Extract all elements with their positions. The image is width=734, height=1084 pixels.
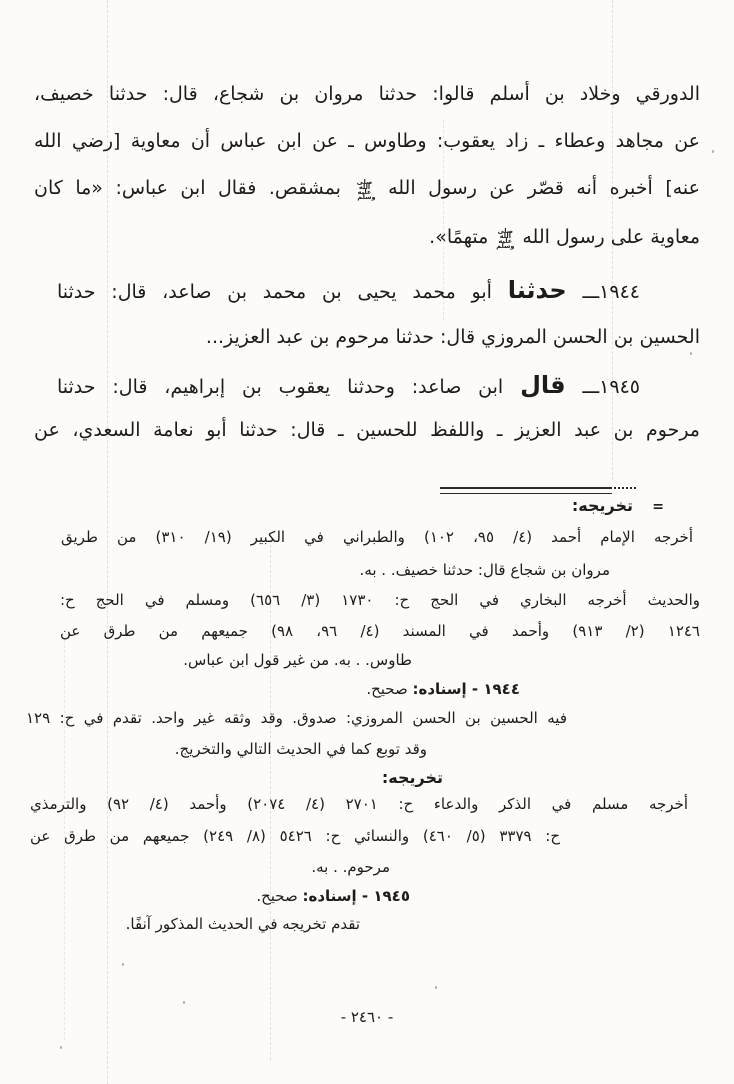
- scan-speck: [122, 963, 124, 966]
- footnote-continuation-mark: =: [652, 499, 664, 515]
- takhrij1-line-1: أخرجه الإمام أحمد (٤/ ٩٥، ١٠٢) والطبراني…: [61, 529, 693, 546]
- isnad-1945-line: ١٩٤٥ - إسناده: صحيح.: [256, 887, 410, 906]
- takhrij1-line-4: ١٢٤٦ (٢/ ٩١٣) وأحمد في المسند (٤/ ٩٦، ٩٨…: [60, 623, 700, 640]
- hadith-1945-isnad: ابن صاعد: وحدثنا يعقوب بن إبراهيم، قال: …: [57, 376, 503, 398]
- takhrij1-line-5: طاوس. . به. من غير قول ابن عباس.: [183, 651, 412, 670]
- saw-honorific-mark: صلى الله عليه وسلم: [354, 180, 376, 200]
- hadith-1945-line-1: ١٩٤٥ـــ قال ابن صاعد: وحدثنا يعقوب بن إب…: [57, 372, 640, 398]
- main-text-line-4: معاوية على رسول الله صلى الله عليه وسلم …: [429, 226, 700, 250]
- hadith-1945-number: ١٩٤٥: [599, 376, 640, 398]
- scan-speck: [435, 986, 437, 989]
- page-number: - ٢٤٦٠ -: [0, 1008, 734, 1026]
- main-line4-b: متهمًا».: [429, 226, 488, 248]
- takhrij-heading-2: تخريجه:: [382, 768, 443, 788]
- takhrij1-line-3: والحديث أخرجه البخاري في الحج ح: ١٧٣٠ (٣…: [60, 592, 700, 609]
- hadith-1944-line-1: ١٩٤٤ـــ حدثنا أبو محمد يحيى بن محمد بن ص…: [57, 277, 640, 303]
- scanned-page: الدورقي وخلاد بن أسلم قالوا: حدثنا مروان…: [0, 0, 734, 1084]
- main-line4-a: معاوية على رسول الله: [522, 226, 700, 248]
- hadith-1944-haddathana: حدثنا: [508, 276, 567, 304]
- isnad-1944-line: ١٩٤٤ - إسناده: صحيح.: [366, 680, 520, 699]
- takhrij-heading-1: تخريجه:: [572, 496, 633, 516]
- isnad-1945-note: تقدم تخريجه في الحديث المذكور آنفًا.: [126, 915, 360, 934]
- dash: ـــ: [582, 281, 599, 303]
- dash: ـــ: [582, 376, 599, 398]
- isnad-1944-note-2: وقد توبع كما في الحديث التالي والتخريج.: [175, 740, 427, 759]
- hadith-1945-line-2: مرحوم بن عبد العزيز ـ واللفظ للحسين ـ قا…: [34, 420, 700, 441]
- hadith-1944-isnad: أبو محمد يحيى بن محمد بن صاعد، قال: حدثن…: [57, 281, 492, 303]
- scan-speck: [60, 1046, 62, 1049]
- isnad-1944-label: ١٩٤٤ - إسناده:: [413, 680, 521, 698]
- scan-speck: [183, 1001, 185, 1004]
- isnad-1945-verdict: صحيح.: [256, 887, 297, 905]
- takhrij2-line-1: أخرجه مسلم في الذكر والدعاء ح: ٢٧٠١ (٤/ …: [30, 796, 688, 813]
- scan-speck: [712, 150, 714, 153]
- footnote-separator-dotted: [614, 487, 636, 489]
- hadith-1945-qala: قال: [520, 371, 566, 399]
- scan-speck: [690, 352, 692, 355]
- takhrij2-line-2: ح: ٣٣٧٩ (٥/ ٤٦٠) والنسائي ح: ٥٤٢٦ (٨/ ٢٤…: [30, 828, 560, 845]
- main-line3-b: بمشقص. فقال ابن عباس: «ما كان: [34, 177, 341, 199]
- footnote-separator-line: [440, 487, 612, 494]
- main-text-line-2: عن مجاهد وعطاء ـ زاد يعقوب: وطاوس ـ عن ا…: [34, 131, 700, 152]
- main-line3-a: عنه] أخبره أنه قصّر عن رسول الله: [388, 177, 700, 199]
- main-text-line-1: الدورقي وخلاد بن أسلم قالوا: حدثنا مروان…: [34, 84, 700, 105]
- takhrij2-line-3: مرحوم. . به.: [311, 858, 390, 877]
- isnad-1945-label: ١٩٤٥ - إسناده:: [303, 887, 411, 905]
- isnad-1944-note-1: فيه الحسين بن الحسن المروزي: صدوق. وقد و…: [26, 710, 567, 727]
- isnad-1944-verdict: صحيح.: [366, 680, 407, 698]
- hadith-1944-line-2: الحسين بن الحسن المروزي قال: حدثنا مرحوم…: [206, 326, 700, 350]
- hadith-1944-number: ١٩٤٤: [599, 281, 640, 303]
- takhrij1-line-2: مروان بن شجاع قال: حدثنا خصيف. . به.: [360, 561, 610, 580]
- saw-honorific-mark: صلى الله عليه وسلم: [494, 229, 516, 249]
- main-text-line-3: عنه] أخبره أنه قصّر عن رسول الله صلى الل…: [34, 178, 700, 200]
